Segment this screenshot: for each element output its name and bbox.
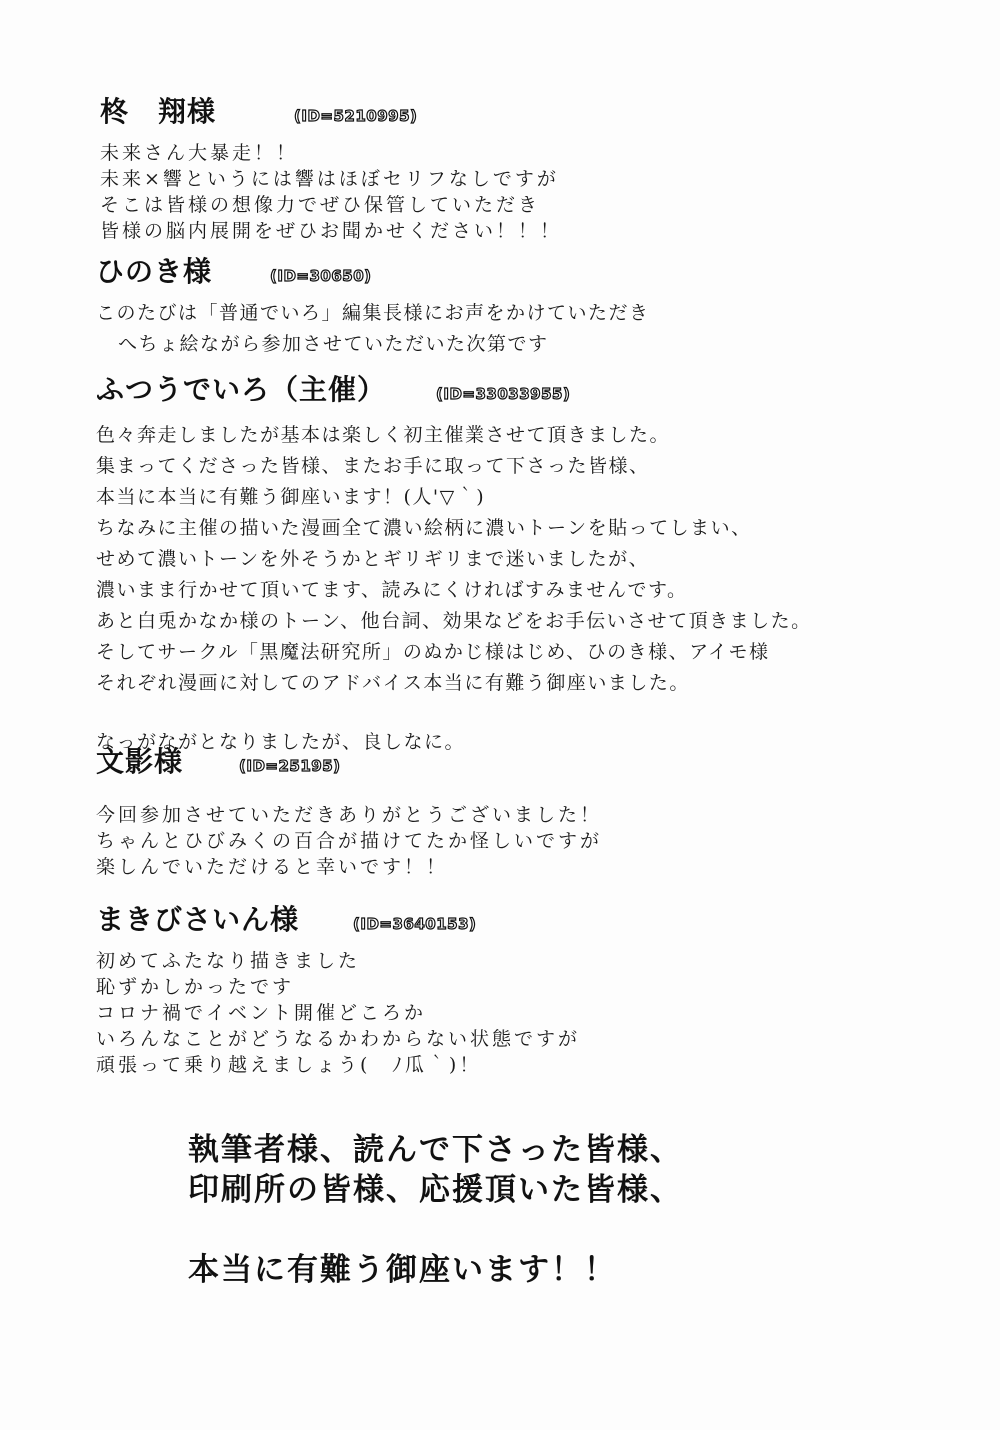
message-line: 頑張って乗り越えましょう( ﾉ瓜｀)！ bbox=[96, 1052, 580, 1078]
message-line: それぞれ漫画に対してのアドバイス本当に有難う御座いました。 bbox=[96, 668, 812, 699]
author-header: ふつうでいろ（主催） (ID=33033955) bbox=[96, 368, 812, 408]
author-header: まきびさいん様 (ID=3640153) bbox=[96, 898, 580, 938]
message-line: 本当に本当に有難う御座います！(人'▽｀) bbox=[96, 482, 812, 513]
message-line: 未来×響というには響はほぼセリフなしですが bbox=[100, 166, 562, 192]
closing-line: 本当に有難う御座います！！ bbox=[188, 1250, 683, 1290]
author-id: (ID=30650) bbox=[270, 267, 372, 285]
author-section-hiiragi: 柊 翔様 (ID=5210995) 未来さん大暴走！！ 未来×響というには響はほ… bbox=[100, 90, 562, 244]
message-line: へちょ絵ながら参加させていただいた次第です bbox=[96, 329, 650, 360]
message-line: ちなみに主催の描いた漫画全て濃い絵柄に濃いトーンを貼ってしまい、 bbox=[96, 513, 812, 544]
author-name: ふつうでいろ（主催） bbox=[96, 368, 386, 408]
message-line: 楽しんでいただけると幸いです！！ bbox=[96, 854, 602, 880]
author-name: 文影様 bbox=[96, 740, 183, 780]
author-message: 色々奔走しましたが基本は楽しく初主催業させて頂きました。 集まってくださった皆様… bbox=[96, 420, 812, 758]
author-section-makibi: まきびさいん様 (ID=3640153) 初めてふたなり描きました 恥ずかしかっ… bbox=[96, 898, 580, 1078]
message-line: あと白兎かなか様のトーン、他台詞、効果などをお手伝いさせて頂きました。 bbox=[96, 606, 812, 637]
message-line: 初めてふたなり描きました bbox=[96, 948, 580, 974]
message-line: コロナ禍でイベント開催どころか bbox=[96, 1000, 580, 1026]
author-id: (ID=5210995) bbox=[294, 107, 417, 125]
author-message: 未来さん大暴走！！ 未来×響というには響はほぼセリフなしですが そこは皆様の想像… bbox=[100, 140, 562, 244]
message-line: 恥ずかしかったです bbox=[96, 974, 580, 1000]
message-line: ちゃんとひびみくの百合が描けてたか怪しいですが bbox=[96, 828, 602, 854]
author-message: 初めてふたなり描きました 恥ずかしかったです コロナ禍でイベント開催どころか い… bbox=[96, 948, 580, 1078]
author-id: (ID=3640153) bbox=[353, 915, 476, 933]
author-message: 今回参加させていただきありがとうございました！ ちゃんとひびみくの百合が描けてた… bbox=[96, 802, 602, 880]
message-line: 皆様の脳内展開をぜひお聞かせください！！！ bbox=[100, 218, 562, 244]
author-header: 文影様 (ID=25195) bbox=[96, 740, 602, 780]
author-section-fumikage: 文影様 (ID=25195) 今回参加させていただきありがとうございました！ ち… bbox=[96, 740, 602, 880]
message-line: 濃いまま行かせて頂いてます、読みにくければすみませんです。 bbox=[96, 575, 812, 606]
author-name: まきびさいん様 bbox=[96, 898, 299, 938]
author-name: 柊 翔様 bbox=[100, 90, 216, 130]
message-line: 色々奔走しましたが基本は楽しく初主催業させて頂きました。 bbox=[96, 420, 812, 451]
message-line: そしてサークル「黒魔法研究所」のぬかじ様はじめ、ひのき様、アイモ様 bbox=[96, 637, 812, 668]
author-id: (ID=25195) bbox=[239, 757, 341, 775]
message-line: そこは皆様の想像力でぜひ保管していただき bbox=[100, 192, 562, 218]
blank-line bbox=[188, 1210, 683, 1250]
author-name: ひのき様 bbox=[96, 250, 212, 290]
closing-line: 執筆者様、読んで下さった皆様、 bbox=[188, 1130, 683, 1170]
blank-line bbox=[96, 699, 812, 727]
author-section-hinoki: ひのき様 (ID=30650) このたびは「普通でいろ」編集長様にお声をかけてい… bbox=[96, 250, 650, 360]
closing-thanks: 執筆者様、読んで下さった皆様、 印刷所の皆様、応援頂いた皆様、 本当に有難う御座… bbox=[188, 1130, 683, 1290]
author-id: (ID=33033955) bbox=[436, 385, 570, 403]
closing-line: 印刷所の皆様、応援頂いた皆様、 bbox=[188, 1170, 683, 1210]
author-header: ひのき様 (ID=30650) bbox=[96, 250, 650, 290]
message-line: このたびは「普通でいろ」編集長様にお声をかけていただき bbox=[96, 298, 650, 329]
message-line: 今回参加させていただきありがとうございました！ bbox=[96, 802, 602, 828]
author-section-organizer: ふつうでいろ（主催） (ID=33033955) 色々奔走しましたが基本は楽しく… bbox=[96, 368, 812, 758]
message-line: せめて濃いトーンを外そうかとギリギリまで迷いましたが、 bbox=[96, 544, 812, 575]
author-message: このたびは「普通でいろ」編集長様にお声をかけていただき へちょ絵ながら参加させて… bbox=[96, 298, 650, 360]
message-line: 未来さん大暴走！！ bbox=[100, 140, 562, 166]
message-line: いろんなことがどうなるかわからない状態ですが bbox=[96, 1026, 580, 1052]
author-header: 柊 翔様 (ID=5210995) bbox=[100, 90, 562, 130]
message-line: 集まってくださった皆様、またお手に取って下さった皆様、 bbox=[96, 451, 812, 482]
